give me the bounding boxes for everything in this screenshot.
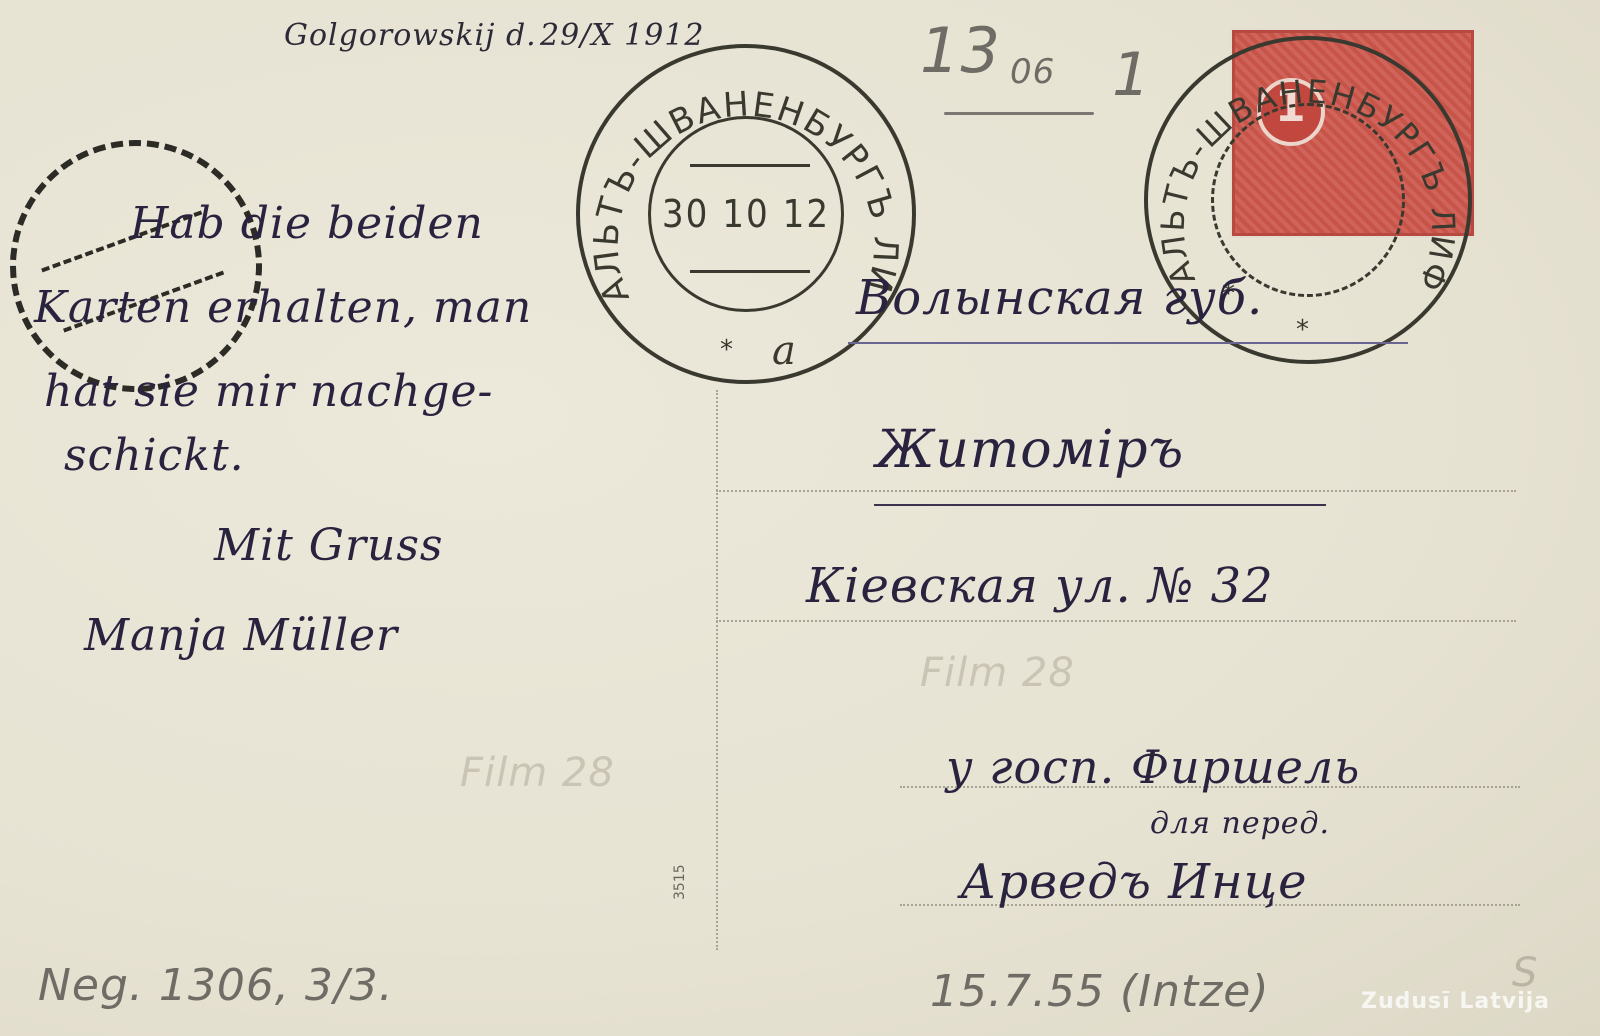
archive-date: 15.7.55 (Intze) bbox=[930, 966, 1270, 1017]
message-closing: Mit Gruss bbox=[214, 520, 443, 571]
archive-mark: 1 bbox=[1112, 40, 1151, 110]
address-line-2: Житомiръ bbox=[876, 420, 1184, 480]
address-line-5: для перед. bbox=[1150, 806, 1330, 841]
archive-number: 13 bbox=[920, 14, 1001, 87]
address-line-1: Волынская губ. bbox=[856, 270, 1263, 326]
message-line-4: schickt. bbox=[64, 430, 245, 481]
address-underline-1 bbox=[848, 342, 1408, 344]
svg-text:АЛЬТЪ-ШВАНЕНБУРГЪ ЛИФЛ.: АЛЬТЪ-ШВАНЕНБУРГЪ ЛИФЛ. bbox=[1135, 10, 1462, 298]
faint-note-message-side: Film 28 bbox=[460, 750, 615, 796]
address-rule-1 bbox=[716, 490, 1516, 492]
address-line-4: у госп. Фиршель bbox=[946, 740, 1360, 794]
svg-text:*: * bbox=[1296, 315, 1309, 345]
postcard-back: Golgorowskij d. 29/X 1912 13 06 1 Hab di… bbox=[0, 0, 1600, 1036]
archive-number-suffix: 06 bbox=[1010, 52, 1055, 92]
faint-note-address-side: Film 28 bbox=[920, 650, 1075, 696]
postmark-main: 30 10 12 АЛЬТЪ-ШВАНЕНБУРГЪ ЛИФЛ. * a bbox=[576, 44, 916, 384]
message-line-3: hat sie mir nachge- bbox=[44, 366, 493, 417]
address-line-6: Арведъ Инце bbox=[960, 854, 1307, 910]
sender-note: Golgorowskij d. bbox=[284, 18, 537, 53]
address-rule-2 bbox=[716, 620, 1516, 622]
watermark: Zudusī Latvija bbox=[1361, 989, 1550, 1014]
print-number: 3515 bbox=[672, 864, 688, 900]
address-underline-2 bbox=[874, 504, 1326, 506]
postmark-ring-text: АЛЬТЪ-ШВАНЕНБУРГЪ ЛИФЛ. * a bbox=[580, 48, 912, 380]
center-divider bbox=[716, 390, 718, 950]
address-line-3: Кiевская ул. № 32 bbox=[806, 558, 1274, 614]
message-line-1: Hab die beiden bbox=[130, 198, 484, 249]
archive-number-underline bbox=[944, 112, 1094, 115]
negative-reference: Neg. 1306, 3/3. bbox=[38, 960, 394, 1011]
message-line-2: Karten erhalten, man bbox=[34, 282, 532, 333]
svg-text:*: * bbox=[720, 335, 733, 365]
svg-text:АЛЬТЪ-ШВАНЕНБУРГЪ ЛИФЛ.: АЛЬТЪ-ШВАНЕНБУРГЪ ЛИФЛ. bbox=[564, 17, 905, 309]
message-signature: Manja Müller bbox=[84, 610, 398, 661]
svg-text:a: a bbox=[772, 328, 796, 374]
